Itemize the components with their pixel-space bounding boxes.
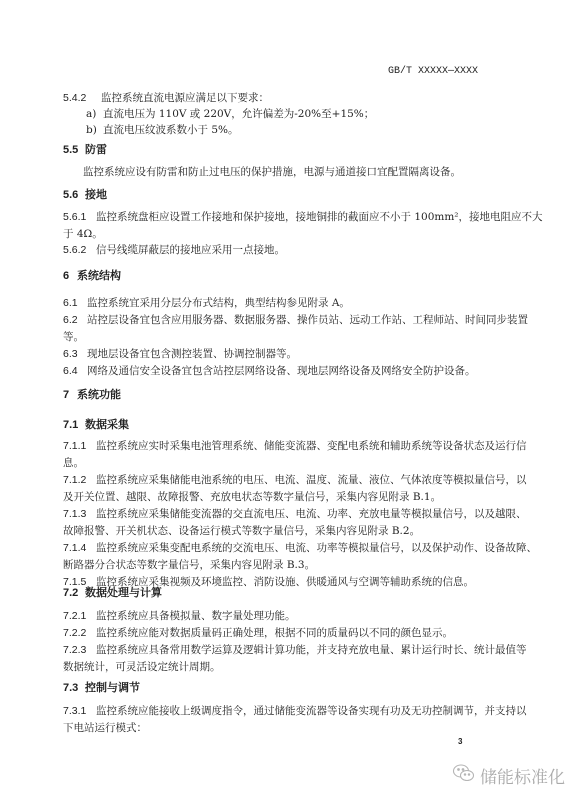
clause-number: 5.4.2 [63,91,101,105]
chapter-number: 7 [63,388,77,402]
clause-text: 监控系统盘柜应设置工作接地和保护接地，接地铜排的截面应不小于 100mm²，接地… [96,211,543,223]
clause-6-2-cont: 等。 [63,330,84,344]
clause-6-4: 6.4网络及通信安全设备宜包含站控层网络设备、现地层网络设备及网络安全防护设备。 [63,364,476,378]
section-heading-7-3: 7.3控制与调节 [63,681,140,695]
chapter-heading-6: 6系统结构 [63,269,121,283]
clause-number: 7.2.2 [63,626,96,640]
clause-text: 信号线缆屏蔽层的接地应采用一点接地。 [96,244,285,256]
clause-5-4-2: 5.4.2监控系统直流电源应满足以下要求： [63,91,269,105]
clause-5-6-1: 5.6.1监控系统盘柜应设置工作接地和保护接地，接地铜排的截面应不小于 100m… [63,210,543,224]
clause-text: 监控系统宜采用分层分布式结构，典型结构参见附录 A。 [87,297,350,309]
section-title: 数据处理与计算 [85,586,162,599]
clause-text: 监控系统应具备常用数学运算及逻辑计算功能，并支持充放电量、累计运行时长、统计最值… [96,644,527,656]
section-number: 7.1 [63,418,85,432]
clause-number: 6.2 [63,313,87,327]
clause-text: 监控系统应实时采集电池管理系统、储能变流器、变配电系统和辅助系统等设备状态及运行… [96,440,527,452]
watermark: 储能标准化 [452,763,565,788]
clause-text: 网络及通信安全设备宜包含站控层网络设备、现地层网络设备及网络安全防护设备。 [87,365,476,377]
watermark-text: 储能标准化 [480,763,565,788]
clause-7-1-4: 7.1.4监控系统应采集变配电系统的交流电压、电流、功率等模拟量信号，以及保护动… [63,541,537,555]
clause-7-2-2: 7.2.2监控系统应能对数据质量码正确处理，根据不同的质量码以不同的颜色显示。 [63,626,453,640]
clause-7-1-2-cont: 及开关位置、越限、故障报警、充放电状态等数字量信号，采集内容见附录 B.1。 [63,490,441,504]
clause-7-2-3: 7.2.3监控系统应具备常用数学运算及逻辑计算功能，并支持充放电量、累计运行时长… [63,643,527,657]
section-heading-7-1: 7.1数据采集 [63,418,129,432]
clause-number: 5.6.2 [63,243,96,257]
section-number: 7.2 [63,586,85,600]
clause-text: 监控系统应具备模拟量、数字量处理功能。 [96,610,296,622]
clause-number: 7.1.3 [63,507,96,521]
clause-text: 监控系统直流电源应满足以下要求： [101,92,269,104]
clause-text: 监控系统应能接收上级调度指令，通过储能变流器等设备实现有功及无功控制调节，并支持… [96,705,527,717]
clause-7-2-1: 7.2.1监控系统应具备模拟量、数字量处理功能。 [63,609,296,623]
clause-7-1-3-cont: 故障报警、开关机状态、设备运行模式等数字量信号，采集内容见附录 B.2。 [63,524,420,538]
clause-number: 6.3 [63,347,87,361]
section-heading-7-2: 7.2数据处理与计算 [63,586,162,600]
clause-number: 5.6.1 [63,210,96,224]
list-marker: a) [86,107,103,121]
clause-text: 监控系统应采集变配电系统的交流电压、电流、功率等模拟量信号，以及保护动作、设备故… [96,542,537,554]
section-number: 7.3 [63,681,85,695]
clause-7-1-2: 7.1.2监控系统应采集储能电池系统的电压、电流、温度、流量、液位、气体浓度等模… [63,473,527,487]
page-number: 3 [458,737,462,746]
section-number: 5.5 [63,143,85,157]
clause-7-1-1-cont: 息。 [63,456,84,470]
clause-number: 7.1.4 [63,541,96,555]
wechat-icon [452,763,476,788]
section-title: 防雷 [85,143,107,156]
clause-number: 7.1.1 [63,439,96,453]
clause-6-2: 6.2站控层设备宜包含应用服务器、数据服务器、操作员站、远动工作站、工程师站、时… [63,313,528,327]
chapter-title: 系统功能 [77,388,121,401]
clause-5-6-1-cont: 于 4Ω。 [63,227,103,241]
clause-number: 7.2.1 [63,609,96,623]
clause-number: 6.4 [63,364,87,378]
clause-7-2-3-cont: 数据统计，可灵活设定统计周期。 [63,660,221,674]
clause-7-3-1-cont: 下电站运行模式： [63,721,147,735]
clause-6-1: 6.1监控系统宜采用分层分布式结构，典型结构参见附录 A。 [63,296,350,310]
clause-7-1-3: 7.1.3监控系统应采集储能变流器的交直流电压、电流、功率、充放电量等模拟量信号… [63,507,527,521]
clause-number: 6.1 [63,296,87,310]
clause-text: 站控层设备宜包含应用服务器、数据服务器、操作员站、远动工作站、工程师站、时间同步… [87,314,528,326]
section-title: 接地 [85,188,107,201]
section-heading-5-6: 5.6接地 [63,188,107,202]
clause-text: 监控系统应能对数据质量码正确处理，根据不同的质量码以不同的颜色显示。 [96,627,453,639]
clause-number: 7.2.3 [63,643,96,657]
clause-5-6-2: 5.6.2信号线缆屏蔽层的接地应采用一点接地。 [63,243,285,257]
section-title: 控制与调节 [85,681,140,694]
clause-7-1-4-cont: 断路器分合状态等数字量信号，采集内容见附录 B.3。 [63,558,315,572]
clause-6-3: 6.3现地层设备宜包含测控装置、协调控制器等。 [63,347,297,361]
clause-text: 监控系统应采集储能变流器的交直流电压、电流、功率、充放电量等模拟量信号，以及越限… [96,508,527,520]
list-marker: b) [86,123,103,137]
list-item-a: a)直流电压为 110V 或 220V，允许偏差为-20%至+15%； [86,107,374,121]
clause-text: 现地层设备宜包含测控装置、协调控制器等。 [87,348,297,360]
clause-7-1-1: 7.1.1监控系统应实时采集电池管理系统、储能变流器、变配电系统和辅助系统等设备… [63,439,527,453]
chapter-title: 系统结构 [77,269,121,282]
clause-text: 监控系统应采集储能电池系统的电压、电流、温度、流量、液位、气体浓度等模拟量信号，… [96,474,527,486]
clause-7-3-1: 7.3.1监控系统应能接收上级调度指令，通过储能变流器等设备实现有功及无功控制调… [63,704,527,718]
section-title: 数据采集 [85,418,129,431]
list-text: 直流电压纹波系数小于 5%。 [103,124,239,136]
chapter-number: 6 [63,269,77,283]
clause-number: 7.3.1 [63,704,96,718]
section-number: 5.6 [63,188,85,202]
clause-number: 7.1.2 [63,473,96,487]
paragraph-5-5: 监控系统应设有防雷和防止过电压的保护措施，电源与通道接口宜配置隔离设备。 [83,165,461,179]
chapter-heading-7: 7系统功能 [63,388,121,402]
standard-number-header: GB/T XXXXX—XXXX [388,66,478,77]
section-heading-5-5: 5.5防雷 [63,143,107,157]
list-text: 直流电压为 110V 或 220V，允许偏差为-20%至+15%； [103,108,374,120]
list-item-b: b)直流电压纹波系数小于 5%。 [86,123,239,137]
